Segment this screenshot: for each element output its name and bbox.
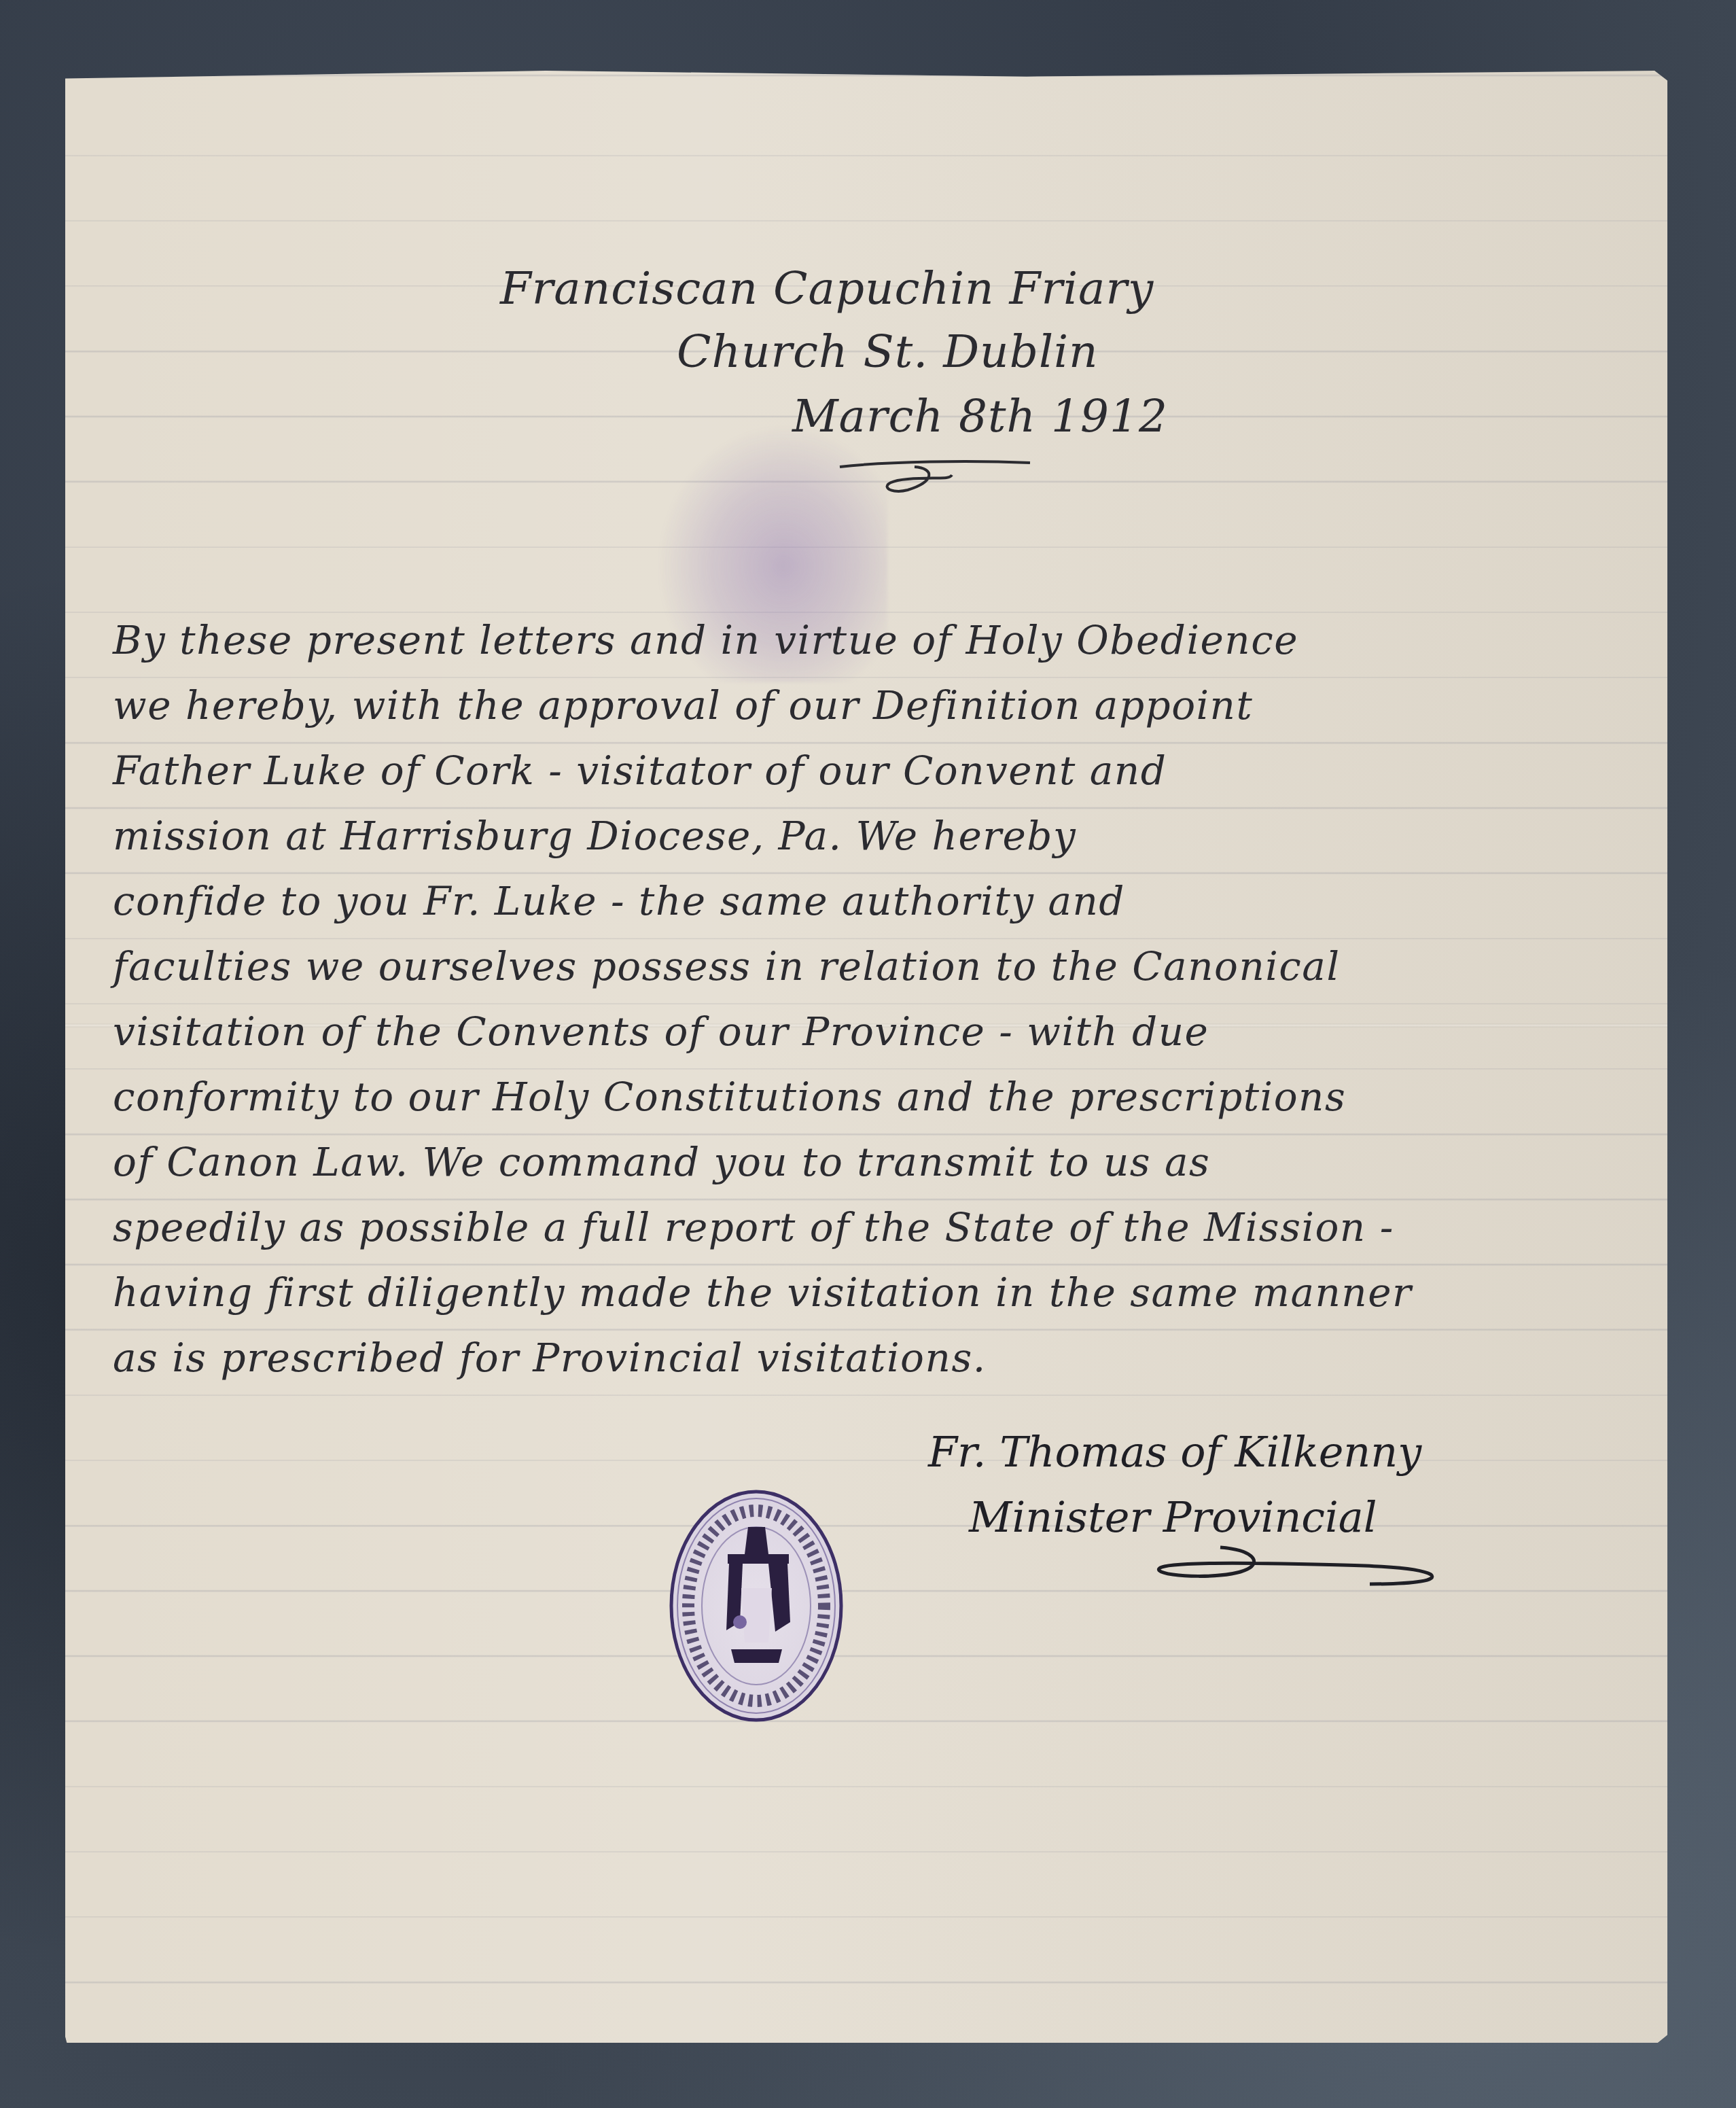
heading-address: Church St. Dublin: [677, 326, 1099, 378]
signature-block: Fr. Thomas of Kilkenny Minister Provinci…: [928, 1420, 1421, 1550]
body-line: as is prescribed for Provincial visitati…: [113, 1325, 1635, 1390]
body-line: visitation of the Convents of our Provin…: [113, 999, 1635, 1064]
heading-org: Franciscan Capuchin Friary: [500, 262, 1154, 315]
signature-name: Fr. Thomas of Kilkenny: [928, 1420, 1421, 1485]
body-line: confide to you Fr. Luke - the same autho…: [113, 868, 1635, 934]
body-line: faculties we ourselves possess in relati…: [113, 934, 1635, 999]
body-line: we hereby, with the approval of our Defi…: [113, 673, 1635, 738]
heading-date: March 8th 1912: [792, 390, 1168, 442]
franciscan-seal-icon: [667, 1486, 847, 1725]
heading-flourish-icon: [833, 455, 1037, 502]
body-line: of Canon Law. We command you to transmit…: [113, 1129, 1635, 1195]
body-line: Father Luke of Cork - visitator of our C…: [113, 738, 1635, 803]
letter-body: By these present letters and in virtue o…: [113, 608, 1635, 1390]
letter-paper: Franciscan Capuchin Friary Church St. Du…: [65, 71, 1667, 2043]
signature-flourish-icon: [1146, 1542, 1458, 1596]
body-line: conformity to our Holy Constitutions and…: [113, 1064, 1635, 1129]
body-line: mission at Harrisburg Diocese, Pa. We he…: [113, 803, 1635, 868]
signature-title: Minister Provincial: [928, 1485, 1421, 1550]
seal-description: Oval purple ink stamp with Franciscan em…: [65, 71, 66, 71]
body-line: By these present letters and in virtue o…: [113, 608, 1635, 673]
body-line: speedily as possible a full report of th…: [113, 1195, 1635, 1260]
body-line: having first diligently made the visitat…: [113, 1260, 1635, 1325]
